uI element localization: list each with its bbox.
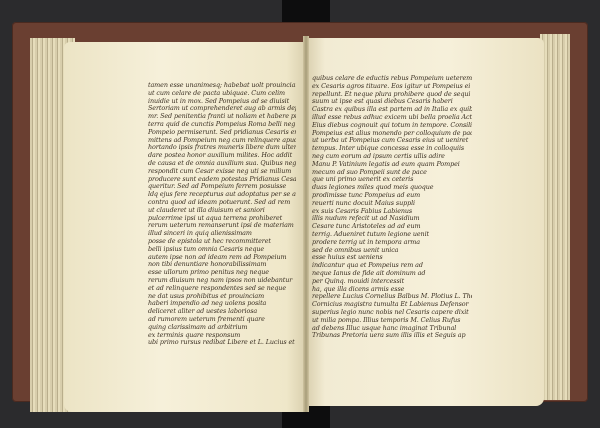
page-edges-right <box>540 34 570 400</box>
book-gutter <box>303 36 309 412</box>
right-page-text: quibus celare de eductis rebus Pompeium … <box>312 75 472 340</box>
text-line: ubi primo rursus redibat Libere et L. Lu… <box>148 339 296 347</box>
left-page-text: tamen esse unanimesq; habebat uolt proui… <box>148 82 296 347</box>
book-stand-top <box>282 0 330 22</box>
text-line: Tribunas Pretoria uera sum illis illis e… <box>312 332 472 340</box>
